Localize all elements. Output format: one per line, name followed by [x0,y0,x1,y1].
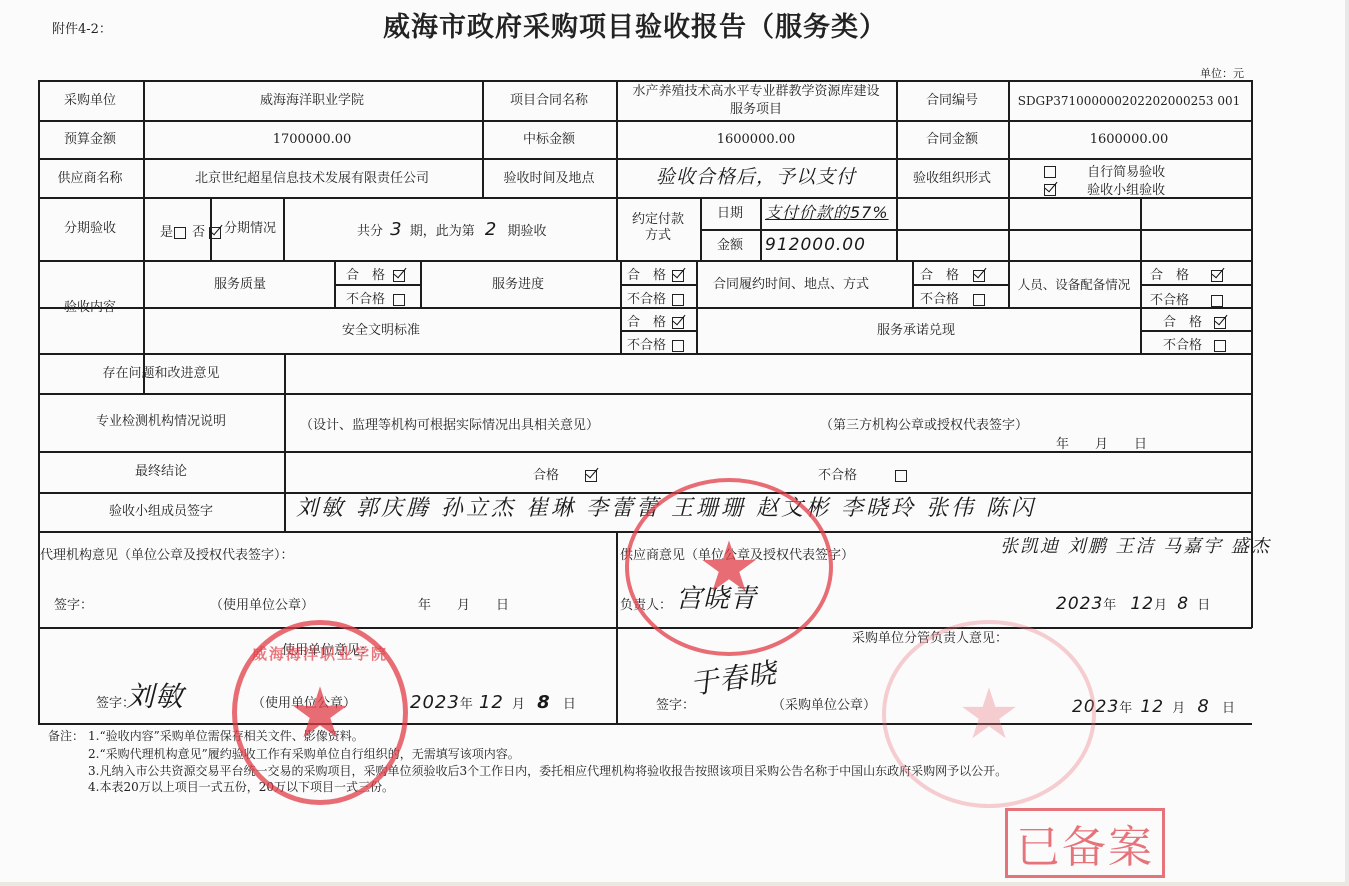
installment-yes-no: 是 否 [160,221,221,240]
checkbox-performance-fail[interactable] [973,294,985,306]
contract-amount-value: 1600000.00 [1090,132,1169,148]
user-unit-signature: 刘敏 [126,680,184,714]
project-name-value-line2: 服务项目 [730,102,782,118]
conclusion-label: 最终结论 [135,464,187,480]
performance-pass: 合 格 [920,264,985,283]
checkbox-team-acceptance[interactable] [1044,184,1056,196]
filed-stamp: 已备案 [1005,808,1165,878]
performance-fail: 不合格 [920,288,985,307]
installment-text: 共分 3 期，此为第 2 期验收 [357,219,547,240]
safety-fail: 不合格 [627,334,684,353]
seal-star-icon: ★ [698,532,761,602]
checkbox-quality-pass[interactable] [393,270,405,282]
team-signatures-line2: 张凯迪 刘鹏 王洁 马嘉宇 盛杰 [1000,536,1271,558]
agency-date: 年 月 日 [418,598,509,614]
purchaser-head-signature: 于春晓 [688,656,779,701]
inspection-label: 专业检测机构情况说明 [96,414,226,430]
supplier-date: 2023年 12月 8 日 [1056,594,1210,614]
staff-pass: 合 格 [1150,264,1223,283]
page-title: 威海市政府采购项目验收报告（服务类） [383,12,887,44]
installment-label: 分期验收 [64,221,116,237]
checkbox-performance-pass[interactable] [973,270,985,282]
inspection-date: 年 月 日 [1056,437,1147,453]
purchaser-head-date: 2023年 12 月 8 日 [1072,696,1235,717]
budget-value: 1700000.00 [273,132,352,148]
supplier-label: 供应商名称 [57,171,122,187]
conclusion-fail: 不合格 [818,464,907,483]
note-3: 3.凡纳入市公共资源交易平台统一交易的采购项目，采购单位须验收后3个工作日内，委… [88,764,1007,778]
school-seal-faint: ★ [882,620,1096,808]
seal-star-icon: ★ [289,678,352,748]
payment-amount-label: 金额 [717,238,743,254]
contract-no-label: 合同编号 [926,93,978,109]
total-periods: 3 [390,219,402,240]
notes-prefix: 备注： [48,729,84,743]
payment-amount-value: 912000.00 [765,235,866,255]
item-service-quality: 服务质量 [214,277,266,293]
checkbox-safety-pass[interactable] [672,317,684,329]
checkbox-safety-fail[interactable] [672,340,684,352]
item-safety-standard: 安全文明标准 [342,323,420,339]
purchaser-head-sign-label: 签字： [656,698,695,714]
checkbox-commitment-fail[interactable] [1214,340,1226,352]
budget-label: 预算金额 [64,132,116,148]
checkbox-progress-fail[interactable] [672,294,684,306]
commitment-pass: 合 格 [1163,311,1226,330]
commitment-fail: 不合格 [1163,334,1226,353]
school-seal: 威海海洋职业学院 ★ [232,620,408,805]
checkbox-commitment-pass[interactable] [1214,317,1226,329]
issues-field[interactable] [290,358,1245,388]
issues-label: 存在问题和改进意见 [102,366,219,382]
conclusion-pass: 合格 [533,464,597,483]
contract-no-value: SDGP371000000202202000253 001 [1018,94,1241,108]
seal-star-icon: ★ [958,679,1021,749]
item-contract-performance: 合同履约时间、地点、方式 [713,277,869,293]
supplier-value: 北京世纪超星信息技术发展有限责任公司 [195,171,429,187]
inspection-note-left: （设计、监理等机构可根据实际情况出具相关意见） [300,418,599,434]
payment-date-label: 日期 [717,206,743,222]
page-edge [1345,0,1349,886]
checkbox-self-acceptance[interactable] [1044,166,1056,178]
org-option-team[interactable]: 验收小组验收 [1044,179,1165,199]
current-period: 2 [485,219,497,240]
inspection-note-right: （第三方机构公章或授权代表签字） [820,418,1028,434]
progress-fail: 不合格 [627,288,684,307]
checkbox-staff-pass[interactable] [1211,270,1223,282]
project-name-label: 项目合同名称 [510,93,588,109]
installment-status-label: 分期情况 [224,221,276,237]
unit-note: 单位：元 [1200,67,1244,80]
purchaser-head-seal-label: （采购单位公章） [772,698,876,714]
user-unit-date: 2023年 12 月 8 日 [410,692,576,713]
time-place-value: 验收合格后，予以支付 [656,166,856,189]
contract-amount-label: 合同金额 [926,132,978,148]
checkbox-no[interactable] [209,227,221,239]
acceptance-label: 验收内容 [64,300,116,316]
checkbox-yes[interactable] [174,227,186,239]
item-service-progress: 服务进度 [492,277,544,293]
purchaser-value: 威海海洋职业学院 [260,93,364,109]
supplier-seal: ★ [625,478,833,656]
bid-amount-value: 1600000.00 [717,132,796,148]
attachment-label: 附件4-2： [52,22,112,38]
bid-amount-label: 中标金额 [523,132,575,148]
checkbox-conclusion-fail[interactable] [895,470,907,482]
quality-fail: 不合格 [346,288,405,307]
quality-pass: 合 格 [346,264,405,283]
org-form-label: 验收组织形式 [913,171,991,187]
agency-seal-label: （使用单位公章） [210,598,314,614]
safety-pass: 合 格 [627,311,684,330]
staff-fail: 不合格 [1150,289,1223,308]
purchaser-label: 采购单位 [64,93,116,109]
item-service-commitment: 服务承诺兑现 [877,323,955,339]
checkbox-staff-fail[interactable] [1211,295,1223,307]
project-name-value-line1: 水产养殖技术高水平专业群教学资源库建设 [632,84,879,100]
time-place-label: 验收时间及地点 [503,171,594,187]
payment-date-value: 支付价款的57% [765,203,889,222]
agency-sign-label: 签字： [54,598,93,614]
school-seal-text: 威海海洋职业学院 [237,643,403,664]
checkbox-conclusion-pass[interactable] [585,470,597,482]
payment-method-label: 约定付款方式 [632,212,684,243]
agency-label: 代理机构意见（单位公章及授权代表签字）： [40,548,294,564]
team-label: 验收小组成员签字 [109,504,213,520]
org-option-self[interactable]: 自行简易验收 [1044,161,1165,181]
progress-pass: 合 格 [627,264,684,283]
page-bottom-edge [0,882,1349,886]
item-staff-equipment: 人员、设备配备情况 [1018,277,1131,292]
checkbox-quality-fail[interactable] [393,294,405,306]
checkbox-progress-pass[interactable] [672,270,684,282]
